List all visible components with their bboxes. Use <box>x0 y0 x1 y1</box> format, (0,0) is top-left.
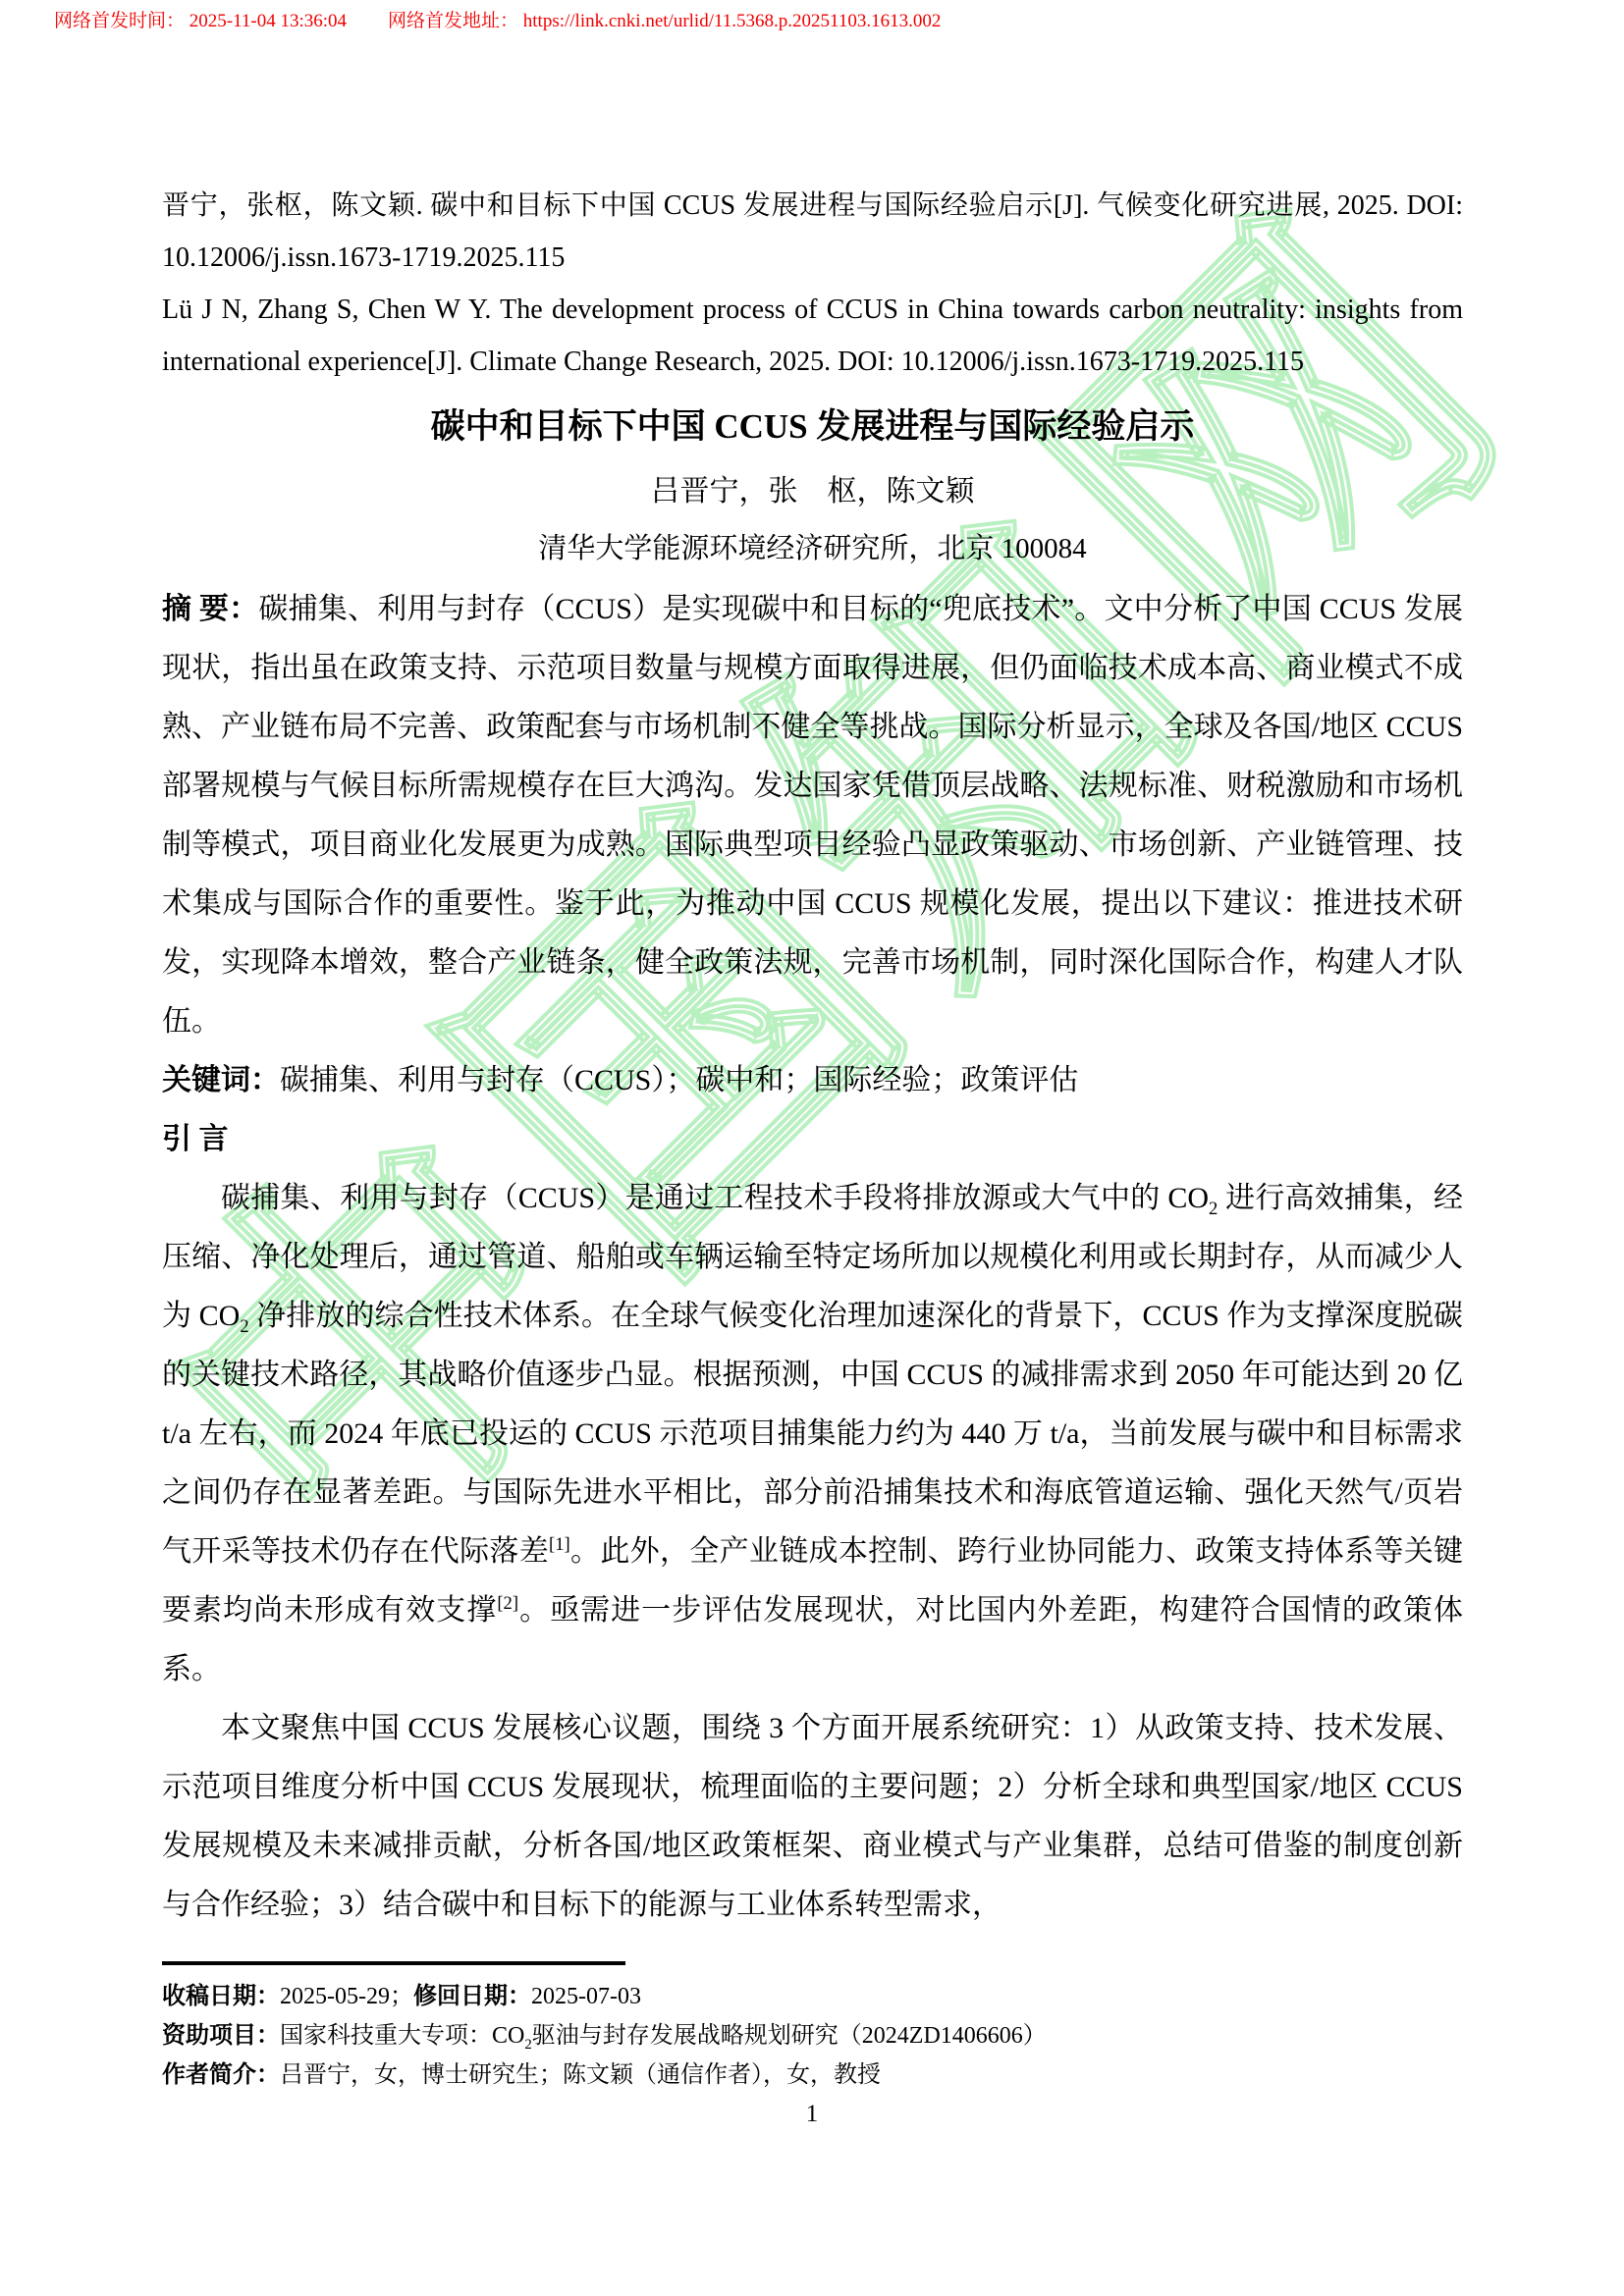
authors-line: 吕晋宁，张 枢，陈文颖 <box>162 472 1463 511</box>
online-first-url: 网络首发地址： https://link.cnki.net/urlid/11.5… <box>388 11 941 31</box>
abstract-label: 摘 要： <box>162 593 258 625</box>
affiliation-line: 清华大学能源环境经济研究所，北京 100084 <box>162 529 1463 568</box>
online-first-time: 网络首发时间： 2025-11-04 13:36:04 <box>54 11 347 31</box>
intro-paragraph-2: 本文聚焦中国 CCUS 发展核心议题，围绕 3 个方面开展系统研究：1）从政策支… <box>162 1699 1463 1935</box>
footnote-author-bio: 作者简介：吕晋宁，女，博士研究生；陈文颖（通信作者），女，教授 <box>162 2056 1463 2095</box>
paper-title: 碳中和目标下中国 CCUS 发展进程与国际经验启示 <box>162 403 1463 451</box>
page-number: 1 <box>0 2101 1624 2128</box>
footnote-dates: 收稿日期：2025-05-29；修回日期：2025-07-03 <box>162 1977 1463 2016</box>
footnote-rule <box>162 1961 625 1965</box>
footnote-block: 收稿日期：2025-05-29；修回日期：2025-07-03 资助项目：国家科… <box>162 1961 1463 2095</box>
online-first-header: 网络首发时间： 2025-11-04 13:36:04网络首发地址： https… <box>54 10 941 33</box>
footnote-funding: 资助项目：国家科技重大专项：CO2驱油与封存发展战略规划研究（2024ZD140… <box>162 2016 1463 2056</box>
paper-content: 晋宁，张枢，陈文颖. 碳中和目标下中国 CCUS 发展进程与国际经验启示[J].… <box>162 180 1463 1935</box>
keywords-text: 碳捕集、利用与封存（CCUS）；碳中和；国际经验；政策评估 <box>280 1064 1078 1096</box>
intro-paragraph-1: 碳捕集、利用与封存（CCUS）是通过工程技术手段将排放源或大气中的 CO2 进行… <box>162 1169 1463 1699</box>
citation-chinese: 晋宁，张枢，陈文颖. 碳中和目标下中国 CCUS 发展进程与国际经验启示[J].… <box>162 180 1463 284</box>
citation-english: Lü J N, Zhang S, Chen W Y. The developme… <box>162 284 1463 388</box>
keywords-line: 关键词：碳捕集、利用与封存（CCUS）；碳中和；国际经验；政策评估 <box>162 1051 1463 1110</box>
abstract-text: 碳捕集、利用与封存（CCUS）是实现碳中和目标的“兜底技术”。文中分析了中国 C… <box>162 593 1463 1038</box>
keywords-label: 关键词： <box>162 1064 280 1096</box>
abstract-paragraph: 摘 要：碳捕集、利用与封存（CCUS）是实现碳中和目标的“兜底技术”。文中分析了… <box>162 580 1463 1051</box>
intro-heading: 引 言 <box>162 1110 1463 1169</box>
document-page: 网络首发时间： 2025-11-04 13:36:04网络首发地址： https… <box>0 0 1624 2296</box>
